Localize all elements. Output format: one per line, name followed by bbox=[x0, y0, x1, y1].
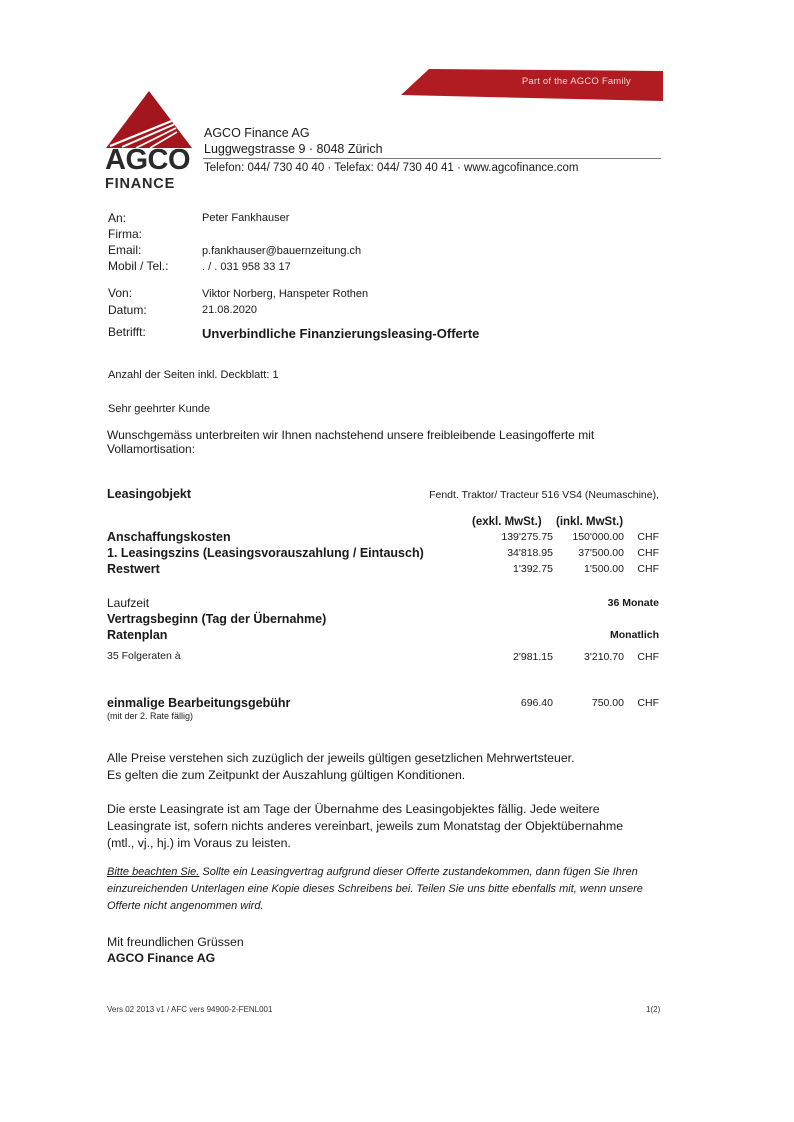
notice-lead: Bitte beachten Sie. bbox=[107, 866, 199, 878]
folgeraten-incl: 3'210.70 bbox=[584, 651, 624, 663]
ratenplan-row: Ratenplan Monatlich bbox=[107, 628, 660, 644]
leasing-object-value: Fendt. Traktor/ Tracteur 516 VS4 (Neumas… bbox=[429, 489, 659, 501]
col-header-excl: (exkl. MwSt.) bbox=[472, 516, 542, 528]
payment-text: Die erste Leasingrate ist am Tage der Üb… bbox=[107, 801, 642, 852]
notice-paragraph: Bitte beachten Sie. Sollte ein Leasingve… bbox=[107, 864, 652, 915]
row-incl: 150'000.00 bbox=[572, 531, 624, 543]
row-label: Anschaffungskosten bbox=[107, 530, 231, 544]
col-header-incl: (inkl. MwSt.) bbox=[556, 516, 623, 528]
ratenplan-label: Ratenplan bbox=[107, 628, 167, 642]
closing-company: AGCO Finance AG bbox=[107, 950, 667, 967]
gebuehr-excl: 696.40 bbox=[521, 697, 553, 709]
firma-label: Firma: bbox=[108, 227, 142, 241]
table-row: Anschaffungskosten 139'275.75 150'000.00… bbox=[107, 530, 660, 546]
ratenplan-value: Monatlich bbox=[610, 629, 659, 641]
agco-family-banner: Part of the AGCO Family bbox=[401, 69, 663, 101]
vertragsbeginn-label: Vertragsbeginn (Tag der Übernahme) bbox=[107, 612, 326, 626]
intro-text: Wunschgemäss unterbreiten wir Ihnen nach… bbox=[107, 428, 627, 456]
header-company: AGCO Finance AG bbox=[204, 126, 310, 140]
row-currency: CHF bbox=[637, 563, 659, 575]
an-label: An: bbox=[108, 211, 126, 225]
page-number: 1(2) bbox=[646, 1005, 660, 1014]
datum-value: 21.08.2020 bbox=[202, 304, 257, 316]
von-label: Von: bbox=[108, 286, 132, 300]
table-row: 1. Leasingszins (Leasingsvorauszahlung /… bbox=[107, 546, 660, 562]
tel-label: Mobil / Tel.: bbox=[108, 259, 168, 273]
folgeraten-label: 35 Folgeraten à bbox=[107, 650, 181, 662]
row-label: 1. Leasingszins (Leasingsvorauszahlung /… bbox=[107, 546, 424, 560]
folgeraten-currency: CHF bbox=[637, 651, 659, 663]
banner-text: Part of the AGCO Family bbox=[522, 76, 631, 87]
gebuehr-currency: CHF bbox=[637, 697, 659, 709]
gebuehr-row: einmalige Bearbeitungsgebühr 696.40 750.… bbox=[107, 696, 660, 712]
gebuehr-note: (mit der 2. Rate fällig) bbox=[107, 711, 193, 721]
salutation: Sehr geehrter Kunde bbox=[108, 403, 210, 415]
email-label: Email: bbox=[108, 243, 141, 257]
row-currency: CHF bbox=[637, 531, 659, 543]
row-incl: 1'500.00 bbox=[584, 563, 624, 575]
agco-finance-logo: AGCO FINANCE bbox=[104, 90, 194, 192]
row-excl: 139'275.75 bbox=[501, 531, 553, 543]
table-row: Restwert 1'392.75 1'500.00 CHF bbox=[107, 562, 660, 578]
vat-line-2: Es gelten die zum Zeitpunkt der Auszahlu… bbox=[107, 767, 667, 784]
header-address: Luggwegstrasse 9 · 8048 Zürich bbox=[204, 142, 383, 156]
row-incl: 37'500.00 bbox=[578, 547, 624, 559]
row-excl: 1'392.75 bbox=[513, 563, 553, 575]
closing: Mit freundlichen Grüssen bbox=[107, 934, 667, 951]
header-divider bbox=[203, 158, 661, 159]
gebuehr-incl: 750.00 bbox=[592, 697, 624, 709]
laufzeit-label: Laufzeit bbox=[107, 596, 149, 610]
subject: Unverbindliche Finanzierungsleasing-Offe… bbox=[202, 326, 479, 341]
von-value: Viktor Norberg, Hanspeter Rothen bbox=[202, 288, 368, 300]
logo-agco-text: AGCO bbox=[105, 146, 190, 175]
laufzeit-row: Laufzeit 36 Monate bbox=[107, 596, 660, 612]
vertragsbeginn-row: Vertragsbeginn (Tag der Übernahme) bbox=[107, 612, 660, 628]
betrifft-label: Betrifft: bbox=[108, 325, 146, 339]
an-value: Peter Fankhauser bbox=[202, 212, 289, 224]
leasing-object-label: Leasingobjekt bbox=[107, 487, 191, 501]
row-currency: CHF bbox=[637, 547, 659, 559]
footer-version: Vers 02 2013 v1 / AFC vers 94900-2-FENL0… bbox=[107, 1005, 272, 1014]
leasing-object-row: Leasingobjekt Fendt. Traktor/ Tracteur 5… bbox=[107, 487, 660, 503]
gebuehr-label: einmalige Bearbeitungsgebühr bbox=[107, 696, 290, 710]
row-label: Restwert bbox=[107, 562, 160, 576]
folgeraten-row: 35 Folgeraten à 2'981.15 3'210.70 CHF bbox=[107, 650, 660, 666]
triangle-logo-icon bbox=[104, 90, 194, 150]
tel-value: . / . 031 958 33 17 bbox=[202, 261, 291, 273]
folgeraten-excl: 2'981.15 bbox=[513, 651, 553, 663]
laufzeit-value: 36 Monate bbox=[608, 597, 659, 609]
header-contact: Telefon: 044/ 730 40 40 · Telefax: 044/ … bbox=[204, 162, 578, 174]
vat-line-1: Alle Preise verstehen sich zuzüglich der… bbox=[107, 750, 667, 767]
datum-label: Datum: bbox=[108, 303, 147, 317]
row-excl: 34'818.95 bbox=[507, 547, 553, 559]
logo-finance-text: FINANCE bbox=[105, 176, 175, 192]
pages-note: Anzahl der Seiten inkl. Deckblatt: 1 bbox=[108, 369, 279, 381]
email-value: p.fankhauser@bauernzeitung.ch bbox=[202, 245, 361, 257]
